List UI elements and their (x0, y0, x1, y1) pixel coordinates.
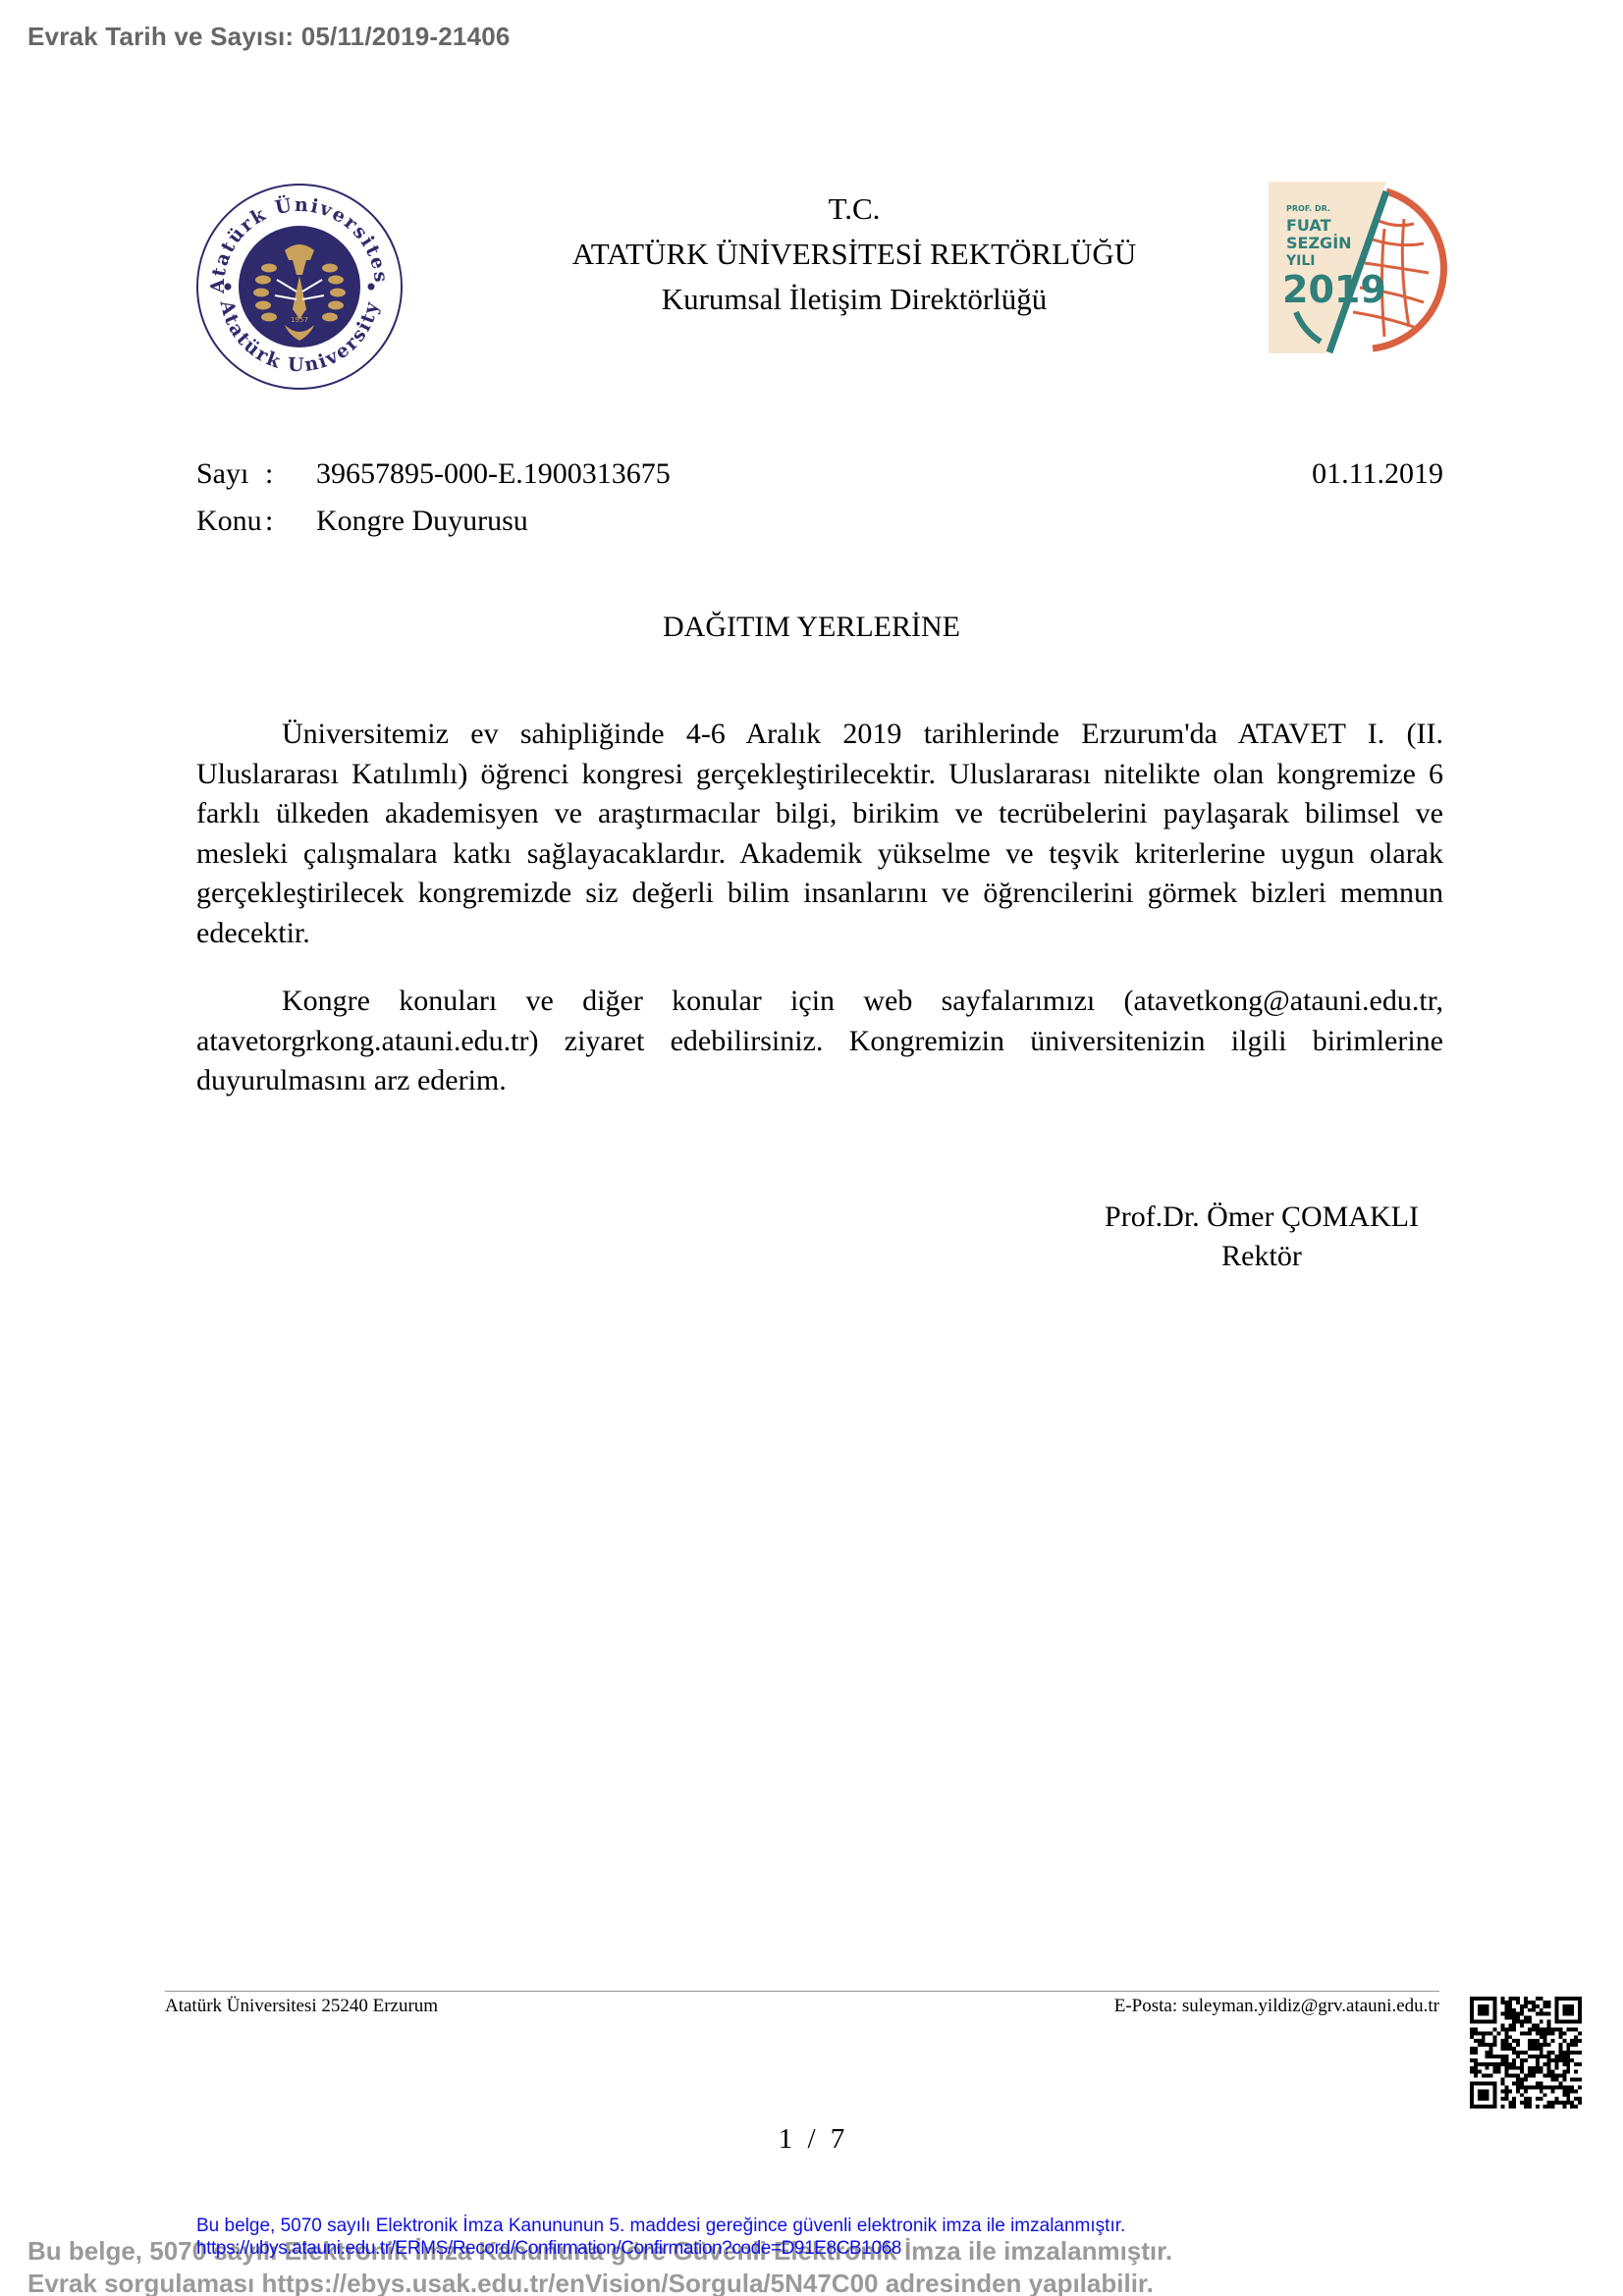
body-paragraph-2: Kongre konuları ve diğer konular için we… (196, 982, 1443, 1101)
body-paragraph-1: Üniversitemiz ev sahipliğinde 4-6 Aralık… (196, 715, 1443, 953)
body-paragraph-text: Kongre konuları ve diğer konular için we… (196, 982, 1443, 1101)
document-number-label: Sayı (196, 457, 265, 491)
logo-text-sezgin: SEZGİN (1286, 234, 1352, 252)
document-date-number-stamp: Evrak Tarih ve Sayısı: 05/11/2019-21406 (27, 22, 511, 52)
recipient-heading: DAĞITIM YERLERİNE (0, 611, 1623, 644)
colon: : (265, 457, 316, 491)
subject-value: Kongre Duyurusu (316, 505, 528, 537)
fuat-sezgin-year-logo-icon: PROF. DR. FUAT SEZGİN YILI 2019 (1267, 180, 1448, 353)
logo-text-fuat: FUAT (1286, 216, 1331, 235)
colon: : (265, 505, 316, 538)
logo-text-year: 2019 (1282, 268, 1386, 311)
letterhead-country: T.C. (491, 187, 1217, 232)
footer-address: Atatürk Üniversitesi 25240 Erzurum (165, 1996, 438, 2017)
logo-text-yili: YILI (1285, 253, 1315, 269)
signatory-title: Rektör (1075, 1237, 1448, 1276)
e-signature-notice-text: Bu belge, 5070 sayılı Elektronik İmza Ka… (196, 2216, 1125, 2237)
watermark-line-2: Evrak sorgulaması https://ebys.usak.edu.… (27, 2268, 1172, 2296)
document-date: 01.11.2019 (1312, 457, 1443, 491)
ataturk-university-seal-icon: Atatürk Üniversitesi Atatürk University (194, 182, 405, 392)
letterhead-department: Kurumsal İletişim Direktörlüğü (491, 277, 1217, 322)
body-paragraph-text: Üniversitemiz ev sahipliğinde 4-6 Aralık… (196, 715, 1443, 953)
document-number-row: Sayı:39657895-000-E.1900313675 (196, 457, 671, 491)
qr-code-icon[interactable] (1470, 1997, 1582, 2109)
document-number-value: 39657895-000-E.1900313675 (316, 457, 671, 490)
signature-block: Prof.Dr. Ömer ÇOMAKLI Rektör (1075, 1198, 1448, 1276)
signatory-name: Prof.Dr. Ömer ÇOMAKLI (1075, 1198, 1448, 1237)
seal-year: 1957 (291, 316, 308, 324)
confirmation-link[interactable]: https://ubys.atauni.edu.tr/ERMS/Record/C… (196, 2238, 1125, 2260)
footer-email: E-Posta: suleyman.yildiz@grv.atauni.edu.… (982, 1996, 1439, 2017)
footer-divider (165, 1991, 1439, 1992)
subject-row: Konu:Kongre Duyurusu (196, 505, 528, 538)
e-signature-notice: Bu belge, 5070 sayılı Elektronik İmza Ka… (196, 2216, 1125, 2260)
page-number: 1 / 7 (0, 2123, 1623, 2156)
letterhead-institution: ATATÜRK ÜNİVERSİTESİ REKTÖRLÜĞÜ (491, 232, 1217, 277)
subject-label: Konu (196, 505, 265, 538)
letterhead: T.C. ATATÜRK ÜNİVERSİTESİ REKTÖRLÜĞÜ Kur… (491, 187, 1217, 322)
logo-text-prof-dr: PROF. DR. (1286, 204, 1330, 213)
